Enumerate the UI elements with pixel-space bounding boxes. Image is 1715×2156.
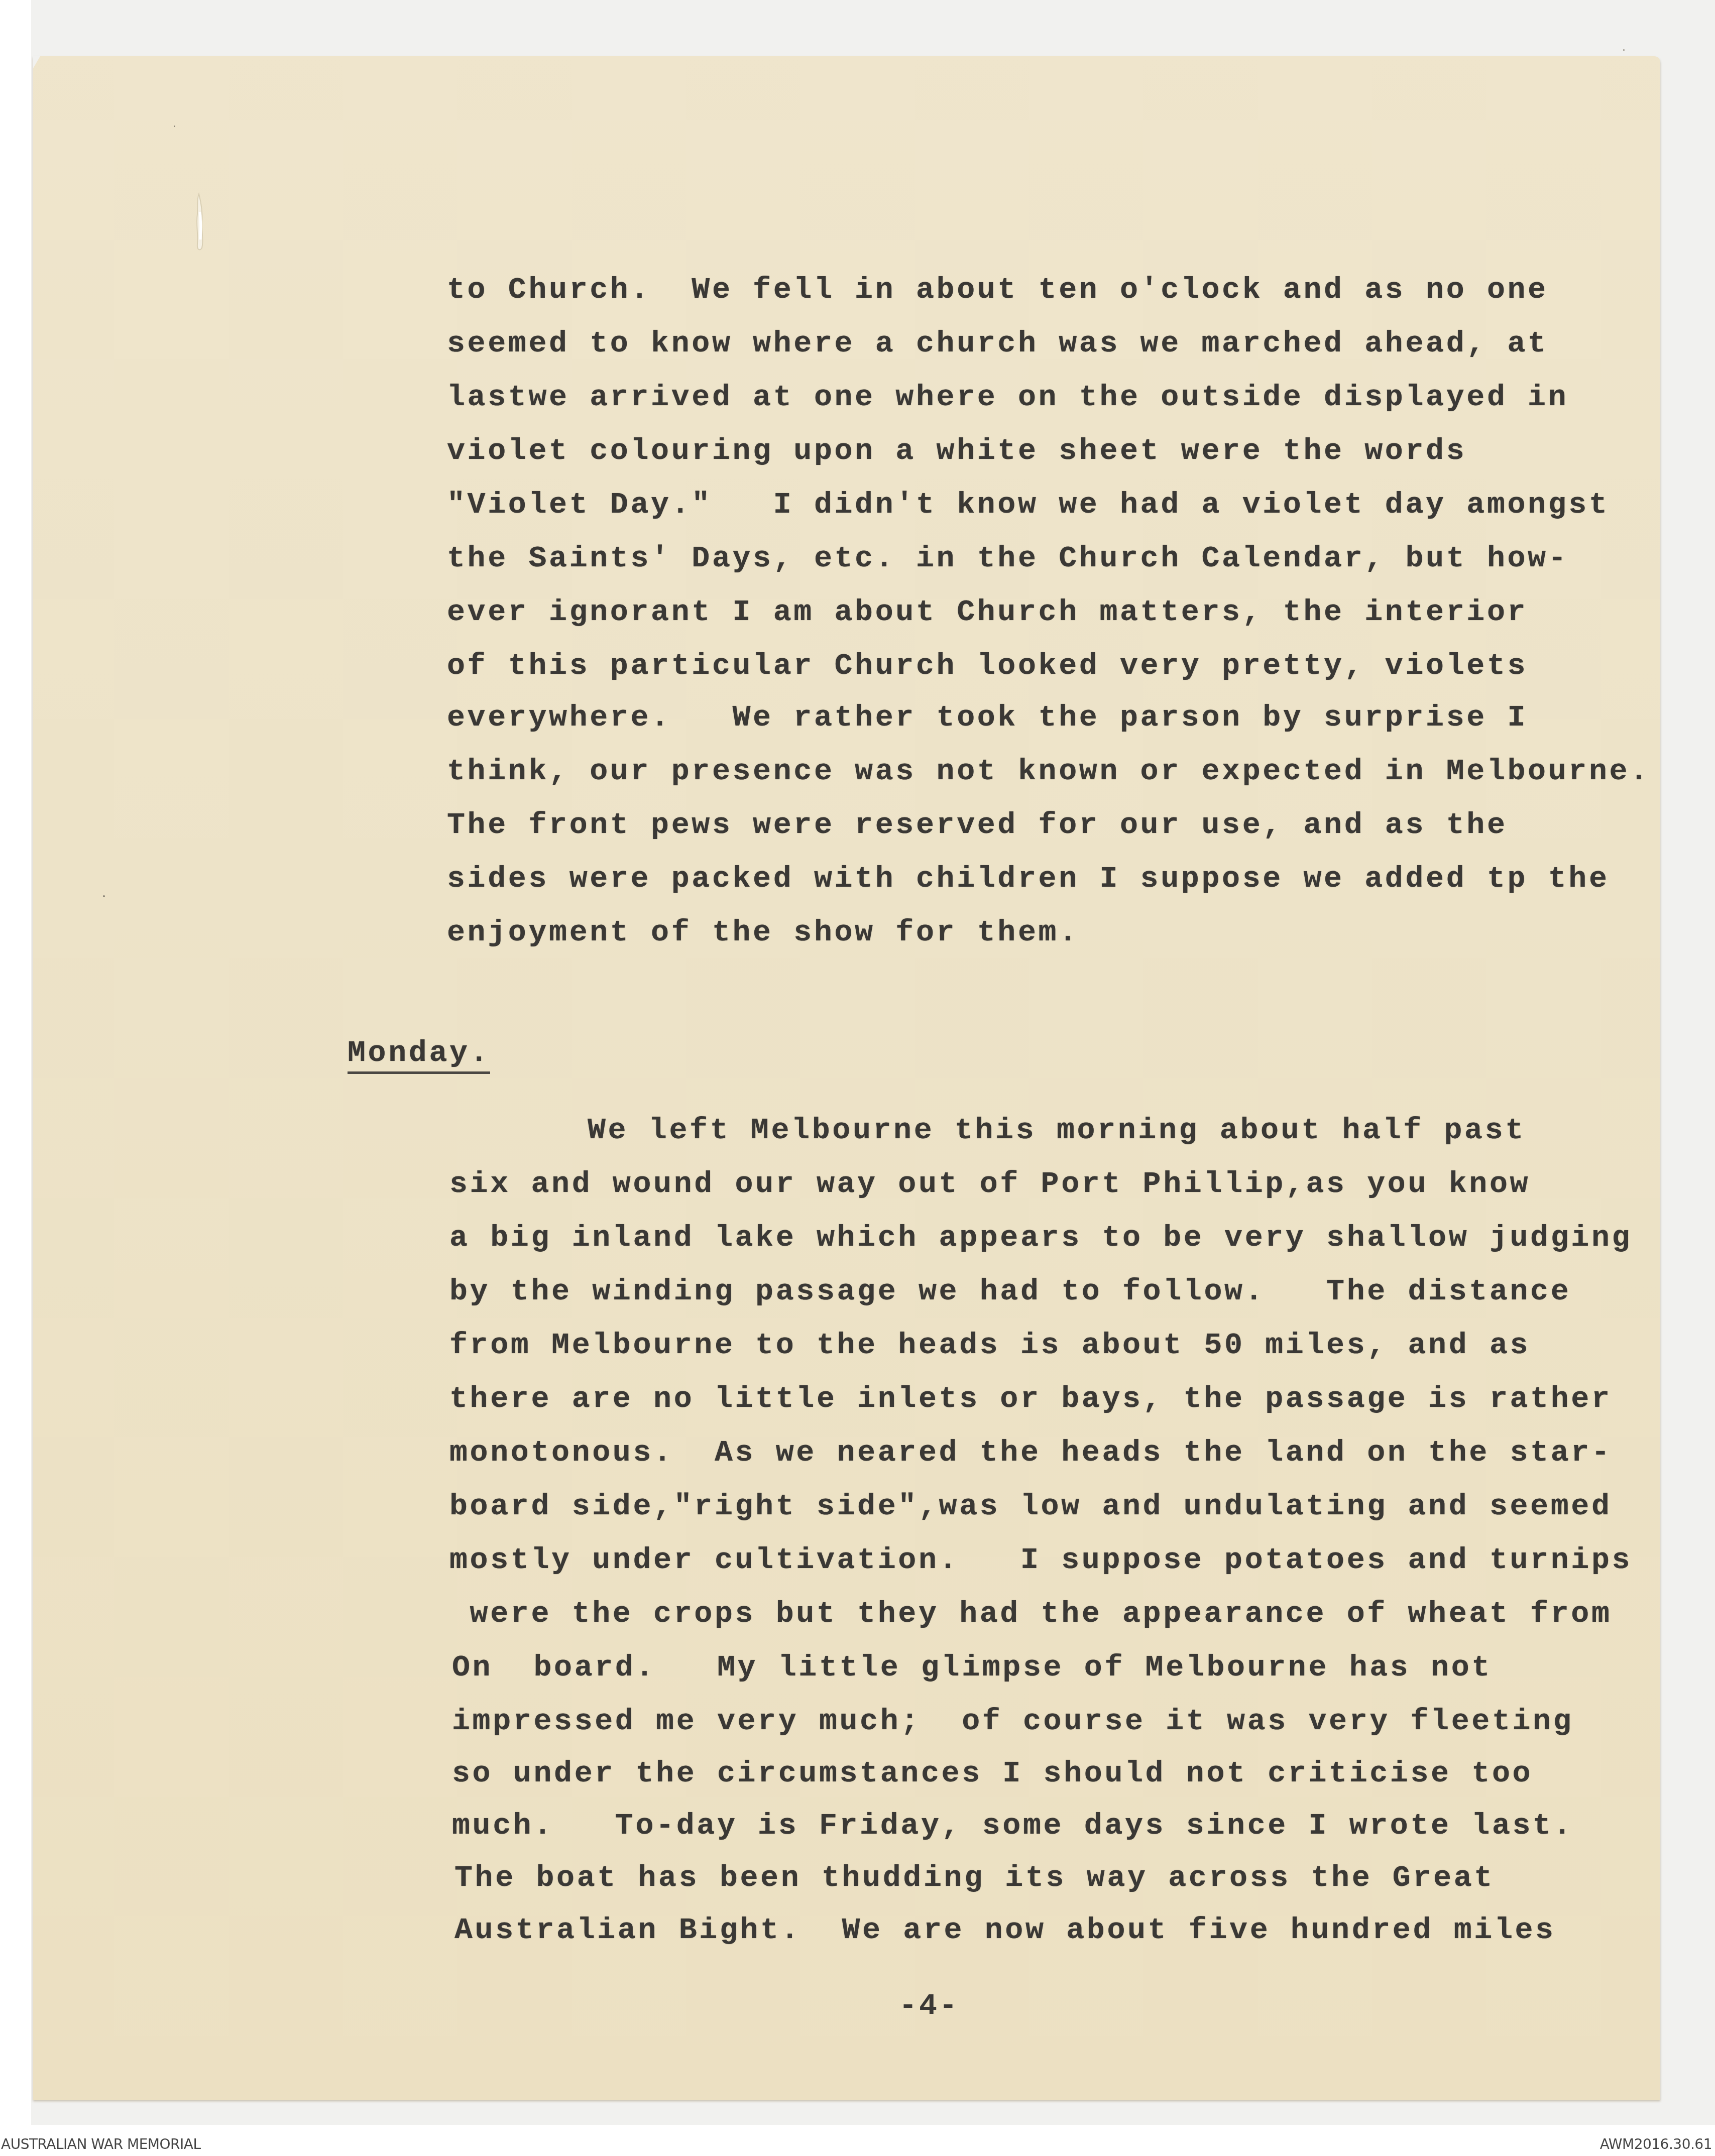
text-line: were the crops but they had the appearan… bbox=[449, 1599, 1612, 1629]
section-heading: Monday. bbox=[348, 1038, 490, 1074]
text-line: ever ignorant I am about Church matters,… bbox=[447, 597, 1528, 628]
text-line: seemed to know where a church was we mar… bbox=[447, 329, 1548, 359]
text-line: of this particular Church looked very pr… bbox=[447, 651, 1528, 681]
text-line: everywhere. We rather took the parson by… bbox=[447, 703, 1528, 733]
text-line: so under the circumstances I should not … bbox=[452, 1759, 1533, 1789]
text-line: impressed me very much; of course it was… bbox=[452, 1707, 1573, 1737]
institution-caption: AUSTRALIAN WAR MEMORIAL bbox=[1, 2136, 201, 2152]
text-line: there are no little inlets or bays, the … bbox=[449, 1384, 1612, 1414]
text-line: a big inland lake which appears to be ve… bbox=[449, 1223, 1632, 1253]
text-line: The boat has been thudding its way acros… bbox=[454, 1863, 1495, 1893]
text-line: Australian Bight. We are now about five … bbox=[454, 1915, 1556, 1946]
letter-text: to Church. We fell in about ten o'clock … bbox=[0, 0, 1715, 2156]
text-line: On board. My little glimpse of Melbourne… bbox=[452, 1653, 1492, 1683]
text-line: from Melbourne to the heads is about 50 … bbox=[449, 1331, 1530, 1361]
text-line: "Violet Day." I didn't know we had a vio… bbox=[447, 490, 1610, 520]
page-number: -4- bbox=[899, 1989, 959, 2023]
accession-number: AWM2016.30.61 bbox=[1600, 2136, 1712, 2152]
paper-speck bbox=[174, 126, 175, 127]
text-line: violet colouring upon a white sheet were… bbox=[447, 436, 1466, 466]
text-line: The front pews were reserved for our use… bbox=[447, 810, 1508, 841]
text-line: six and wound our way out of Port Philli… bbox=[449, 1169, 1530, 1200]
text-line: We left Melbourne this morning about hal… bbox=[588, 1116, 1526, 1146]
text-line: monotonous. As we neared the heads the l… bbox=[449, 1438, 1612, 1468]
text-line: to Church. We fell in about ten o'clock … bbox=[447, 275, 1548, 305]
text-line: board side,"right side",was low and undu… bbox=[449, 1492, 1612, 1522]
text-line: mostly under cultivation. I suppose pota… bbox=[449, 1545, 1632, 1576]
text-line: the Saints' Days, etc. in the Church Cal… bbox=[447, 544, 1568, 574]
text-line: sides were packed with children I suppos… bbox=[447, 864, 1610, 894]
text-line: enjoyment of the show for them. bbox=[447, 918, 1079, 948]
paper-speck bbox=[1623, 49, 1625, 51]
text-line: think, our presence was not known or exp… bbox=[447, 757, 1650, 787]
text-line: by the winding passage we had to follow.… bbox=[449, 1277, 1571, 1307]
text-line: much. To-day is Friday, some days since … bbox=[452, 1811, 1573, 1841]
paper-speck bbox=[103, 895, 105, 897]
text-line: lastwe arrived at one where on the outsi… bbox=[447, 383, 1568, 413]
